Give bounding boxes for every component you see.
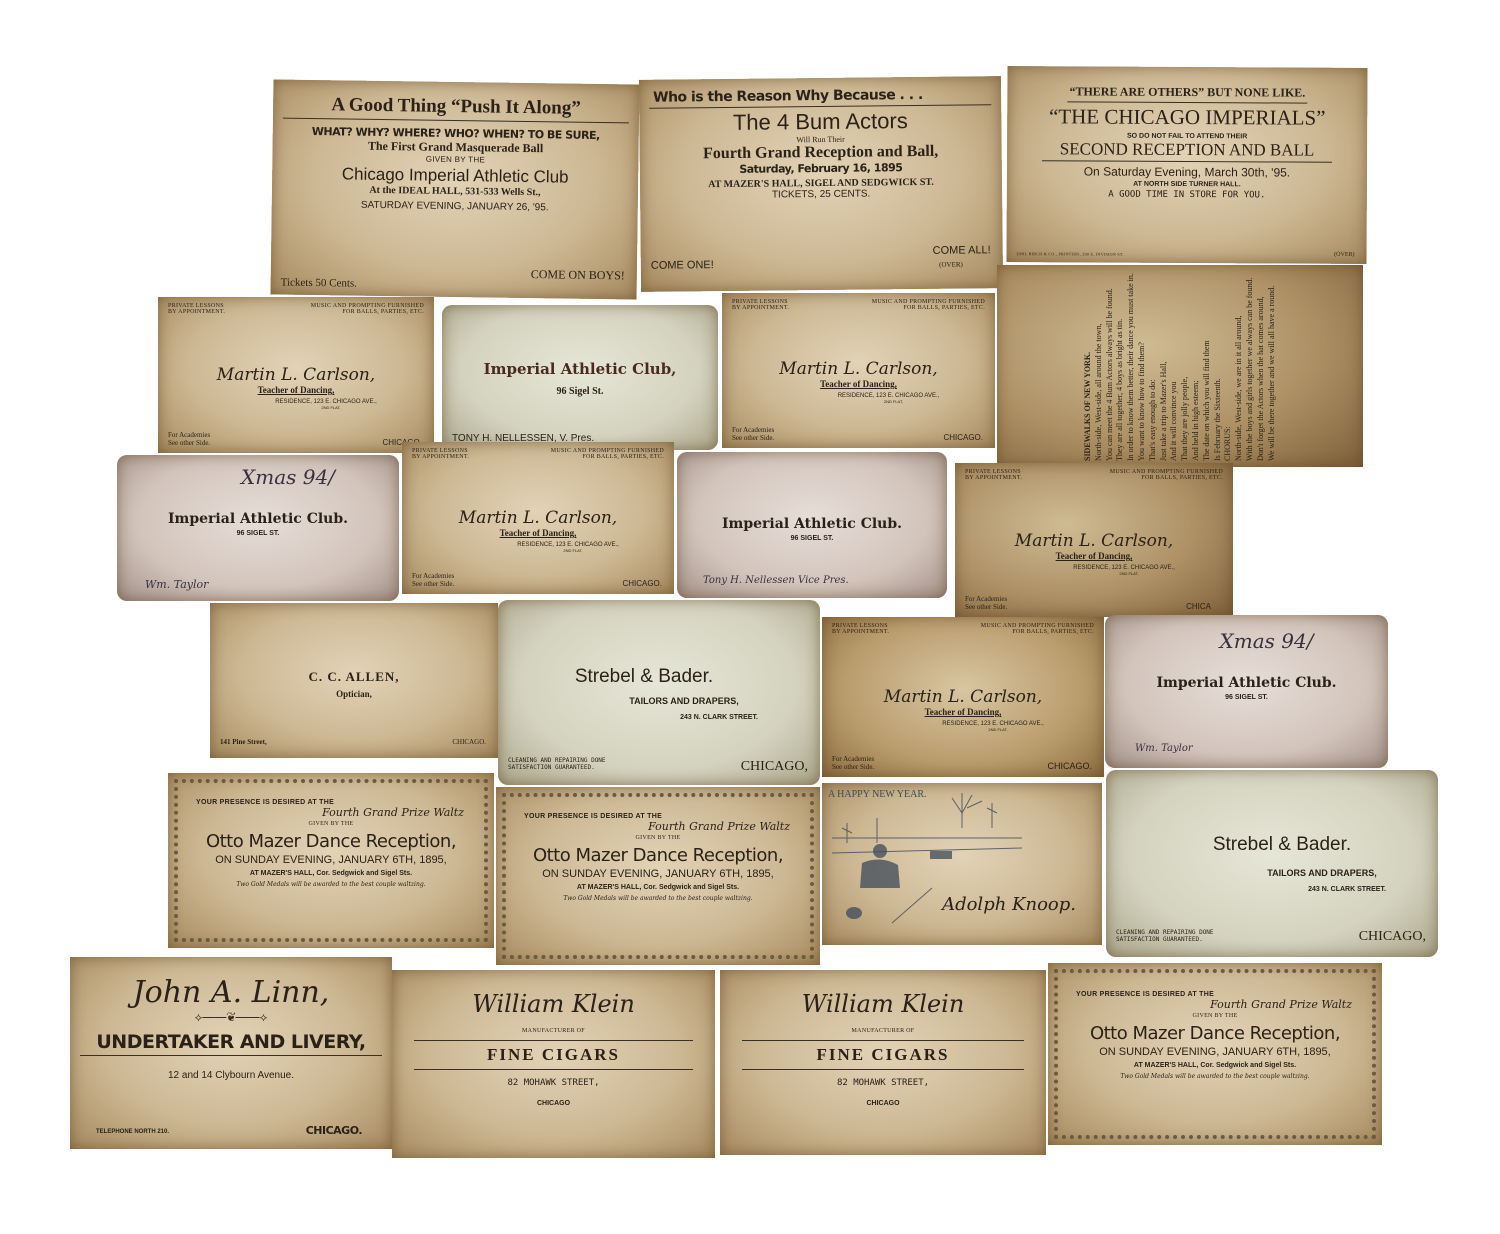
private-lessons: PRIVATE LESSONSBY APPOINTMENT.	[832, 623, 889, 635]
music-furnished: MUSIC AND PROMPTING FURNISHEDFOR BALLS, …	[981, 623, 1094, 635]
handwriting-xmas: Xmas 94/	[1105, 629, 1388, 653]
card-imperial-tony: Imperial Athletic Club. 96 SIGEL ST. Ton…	[677, 452, 947, 598]
city: CHICAGO	[392, 1100, 715, 1107]
address: 12 and 14 Clybourn Avenue.	[70, 1070, 392, 1081]
title: UNDERTAKER AND LIVERY,	[70, 1031, 392, 1053]
phone: TELEPHONE NORTH 210.	[96, 1129, 169, 1135]
flat: 2ND FLAT,	[955, 571, 1233, 576]
product-banner: FINE CIGARS	[742, 1040, 1024, 1070]
private-lessons: PRIVATE LESSONSBY APPOINTMENT.	[965, 469, 1022, 481]
flat: 2ND FLAT,	[722, 399, 995, 404]
card-new-year: A HAPPY NEW YEAR. Adolph Knoop.	[822, 783, 1102, 945]
song-lyrics: SIDEWALKS OF NEW YORK. North-side, West-…	[1083, 271, 1277, 461]
city: CHICAGO.	[306, 1124, 362, 1137]
name: Martin L. Carlson,	[822, 687, 1104, 707]
title: Teacher of Dancing,	[722, 379, 995, 389]
flat: 2ND FLAT,	[822, 727, 1104, 732]
handwriting-name: Wm. Taylor	[145, 578, 208, 591]
headline: A Good Thing “Push It Along”	[273, 93, 639, 120]
date: ON SUNDAY EVENING, JANUARY 6TH, 1895,	[1048, 1046, 1382, 1058]
title: TAILORS AND DRAPERS,	[1106, 868, 1438, 878]
academies-note: For AcademiesSee other Side.	[965, 595, 1007, 611]
name: C. C. ALLEN,	[210, 669, 498, 685]
service-note: CLEANING AND REPAIRING DONESATISFACTION …	[1116, 929, 1214, 943]
card-carlson-5: PRIVATE LESSONSBY APPOINTMENT. MUSIC AND…	[822, 617, 1104, 777]
music-furnished: MUSIC AND PROMPTING FURNISHEDFOR BALLS, …	[311, 303, 424, 315]
address: 96 SIGEL ST.	[677, 535, 947, 542]
card-linn: John A. Linn, ⟡━━❦━━⟡ UNDERTAKER AND LIV…	[70, 957, 392, 1149]
come-all: COME ALL!	[933, 244, 991, 257]
date: SATURDAY EVENING, JANUARY 26, '95.	[272, 198, 638, 214]
invitation-line: YOUR PRESENCE IS DESIRED AT THE	[1048, 991, 1382, 998]
card-imperial-nellessen: Imperial Athletic Club, 96 Sigel St. TON…	[442, 305, 718, 450]
academies-note: For AcademiesSee other Side.	[832, 755, 874, 771]
date: ON SUNDAY EVENING, JANUARY 6TH, 1895,	[168, 854, 494, 866]
given-by: GIVEN BY THE	[496, 835, 820, 841]
academies-note: For AcademiesSee other Side.	[168, 431, 210, 447]
flat: 2ND FLAT,	[402, 548, 674, 553]
title: Teacher of Dancing,	[955, 551, 1233, 561]
address: 243 N. CLARK STREET.	[1106, 886, 1438, 893]
club-name: Imperial Athletic Club.	[1105, 675, 1388, 691]
venue: AT MAZER'S HALL, Cor. Sedgwick and Sigel…	[1048, 1062, 1382, 1069]
address: 96 SIGEL ST.	[1105, 694, 1388, 701]
card-klein-1: William Klein MANUFACTURER OF FINE CIGAR…	[392, 970, 715, 1158]
given-by: GIVEN BY THE	[1048, 1013, 1382, 1019]
venue: AT NORTH SIDE TURNER HALL.	[1007, 180, 1367, 189]
private-lessons: PRIVATE LESSONSBY APPOINTMENT.	[412, 448, 469, 460]
prize-note: Two Gold Medals will be awarded to the b…	[1048, 1073, 1382, 1080]
card-bum-actors: Who is the Reason Why Because . . . The …	[639, 76, 1003, 292]
city: CHICAGO.	[452, 738, 486, 746]
event: SECOND RECEPTION AND BALL	[1007, 139, 1367, 161]
ornament-divider: ⟡━━❦━━⟡	[70, 1010, 392, 1025]
title: TAILORS AND DRAPERS,	[498, 696, 820, 706]
handwriting-xmas: Xmas 94/	[117, 465, 399, 489]
city: CHICAGO,	[741, 759, 808, 775]
come-one: COME ONE!	[651, 259, 714, 272]
card-klein-2: William Klein MANUFACTURER OF FINE CIGAR…	[720, 970, 1046, 1155]
waltz-line: Fourth Grand Prize Waltz	[1048, 998, 1382, 1011]
date: ON SUNDAY EVENING, JANUARY 6TH, 1895,	[496, 868, 820, 880]
product: FINE CIGARS	[742, 1045, 1024, 1065]
card-mazer-3: YOUR PRESENCE IS DESIRED AT THE Fourth G…	[1048, 963, 1382, 1145]
headline: “THERE ARE OTHERS” BUT NONE LIKE.	[1007, 84, 1367, 101]
name: William Klein	[720, 990, 1046, 1018]
card-strebel-1: Strebel & Bader. TAILORS AND DRAPERS, 24…	[498, 600, 820, 785]
address: 96 SIGEL ST.	[117, 530, 399, 537]
title: Optician,	[210, 689, 498, 699]
card-mazer-2: YOUR PRESENCE IS DESIRED AT THE Fourth G…	[496, 787, 820, 965]
printer: EMIL BIRCH & CO., PRINTERS, 200 E. DIVIS…	[1017, 251, 1124, 257]
card-carlson-3: PRIVATE LESSONSBY APPOINTMENT. MUSIC AND…	[402, 442, 674, 594]
product: FINE CIGARS	[414, 1045, 693, 1065]
venue: AT MAZER'S HALL, Cor. Sedgwick and Sigel…	[496, 884, 820, 891]
name: Martin L. Carlson,	[158, 365, 434, 385]
name: Martin L. Carlson,	[402, 508, 674, 528]
title: The 4 Bum Actors	[639, 107, 1001, 137]
card-carlson-2: PRIVATE LESSONSBY APPOINTMENT. MUSIC AND…	[722, 293, 995, 448]
title: Otto Mazer Dance Reception,	[168, 831, 494, 852]
address: 141 Pine Street,	[220, 738, 267, 746]
tickets: Tickets 50 Cents.	[281, 277, 357, 290]
service-note: CLEANING AND REPAIRING DONESATISFACTION …	[508, 757, 606, 771]
private-lessons: PRIVATE LESSONSBY APPOINTMENT.	[732, 299, 789, 311]
card-imperial-xmas-1: Xmas 94/ Imperial Athletic Club. 96 SIGE…	[117, 455, 399, 601]
card-chicago-imperials: “THERE ARE OTHERS” BUT NONE LIKE. “THE C…	[1006, 66, 1367, 264]
subtitle: MANUFACTURER OF	[720, 1028, 1046, 1034]
card-mazer-1: YOUR PRESENCE IS DESIRED AT THE Fourth G…	[168, 773, 494, 948]
headline: Who is the Reason Why Because . . .	[639, 86, 1001, 106]
song-title: SIDEWALKS OF NEW YORK.	[1083, 271, 1094, 461]
title: Teacher of Dancing,	[402, 528, 674, 538]
prize-note: Two Gold Medals will be awarded to the b…	[168, 881, 494, 888]
address: 82 MOHAWK STREET,	[392, 1078, 715, 1088]
title: “THE CHICAGO IMPERIALS”	[1007, 104, 1367, 131]
music-furnished: MUSIC AND PROMPTING FURNISHEDFOR BALLS, …	[872, 299, 985, 311]
waltz-line: Fourth Grand Prize Waltz	[496, 820, 820, 833]
private-lessons: PRIVATE LESSONSBY APPOINTMENT.	[168, 303, 225, 315]
card-song-sheet: SIDEWALKS OF NEW YORK. North-side, West-…	[997, 265, 1363, 467]
tagline: A GOOD TIME IN STORE FOR YOU.	[1007, 189, 1367, 201]
title: Otto Mazer Dance Reception,	[1048, 1023, 1382, 1044]
product-banner: FINE CIGARS	[414, 1040, 693, 1070]
card-carlson-1: PRIVATE LESSONSBY APPOINTMENT. MUSIC AND…	[158, 297, 434, 453]
club-name: Imperial Athletic Club,	[442, 360, 718, 378]
invitation-line: YOUR PRESENCE IS DESIRED AT THE	[168, 799, 494, 806]
name: Strebel & Bader.	[498, 666, 820, 688]
name: Martin L. Carlson,	[955, 531, 1233, 551]
card-imperial-xmas-2: Xmas 94/ Imperial Athletic Club. 96 SIGE…	[1105, 615, 1388, 768]
name: John A. Linn,	[70, 975, 392, 1010]
over-note: (OVER)	[1334, 252, 1354, 258]
date: Saturday, February 16, 1895	[640, 160, 1002, 177]
address: 96 Sigel St.	[442, 386, 718, 397]
city: CHICAGO.	[622, 579, 662, 588]
academies-note: For AcademiesSee other Side.	[732, 426, 774, 442]
club-name: Imperial Athletic Club.	[117, 511, 399, 527]
signature: Adolph Knoop.	[942, 894, 1076, 915]
date: On Saturday Evening, March 30th, '95.	[1007, 164, 1367, 180]
name: Martin L. Carlson,	[722, 359, 995, 379]
card-carlson-4: PRIVATE LESSONSBY APPOINTMENT. MUSIC AND…	[955, 463, 1233, 617]
city: CHICAGO.	[1047, 761, 1092, 771]
over-note: (OVER)	[939, 261, 963, 269]
waltz-line: Fourth Grand Prize Waltz	[168, 806, 494, 819]
cta: COME ON BOYS!	[531, 267, 625, 283]
name: Strebel & Bader.	[1106, 834, 1438, 856]
flat: 2ND FLAT,	[158, 405, 434, 410]
handwriting-name: Tony H. Nellessen Vice Pres.	[703, 575, 849, 586]
card-strebel-2: Strebel & Bader. TAILORS AND DRAPERS, 24…	[1106, 770, 1438, 957]
card-push-it-along: A Good Thing “Push It Along” WHAT? WHY? …	[271, 79, 640, 299]
city: CHICA	[1186, 602, 1211, 611]
prize-note: Two Gold Medals will be awarded to the b…	[496, 895, 820, 902]
city: CHICAGO.	[943, 433, 983, 442]
club-name: Imperial Athletic Club.	[677, 516, 947, 532]
name: William Klein	[392, 990, 715, 1018]
title: Teacher of Dancing,	[158, 385, 434, 395]
music-furnished: MUSIC AND PROMPTING FURNISHEDFOR BALLS, …	[1110, 469, 1223, 481]
invitation-line: YOUR PRESENCE IS DESIRED AT THE	[496, 813, 820, 820]
subtitle: MANUFACTURER OF	[392, 1028, 715, 1034]
address: 82 MOHAWK STREET,	[720, 1078, 1046, 1088]
city: CHICAGO,	[1359, 929, 1426, 945]
city: CHICAGO	[720, 1100, 1046, 1107]
card-allen: C. C. ALLEN, Optician, 141 Pine Street, …	[210, 603, 498, 758]
handwriting-name: Wm. Taylor	[1135, 743, 1193, 754]
title: Otto Mazer Dance Reception,	[496, 845, 820, 866]
given-by: GIVEN BY THE	[168, 821, 494, 827]
greeting: A HAPPY NEW YEAR.	[828, 789, 927, 800]
venue: AT MAZER'S HALL, Cor. Sedgwick and Sigel…	[168, 870, 494, 877]
academies-note: For AcademiesSee other Side.	[412, 572, 454, 588]
title: Teacher of Dancing,	[822, 707, 1104, 717]
address: 243 N. CLARK STREET.	[498, 714, 820, 721]
music-furnished: MUSIC AND PROMPTING FURNISHEDFOR BALLS, …	[551, 448, 664, 460]
